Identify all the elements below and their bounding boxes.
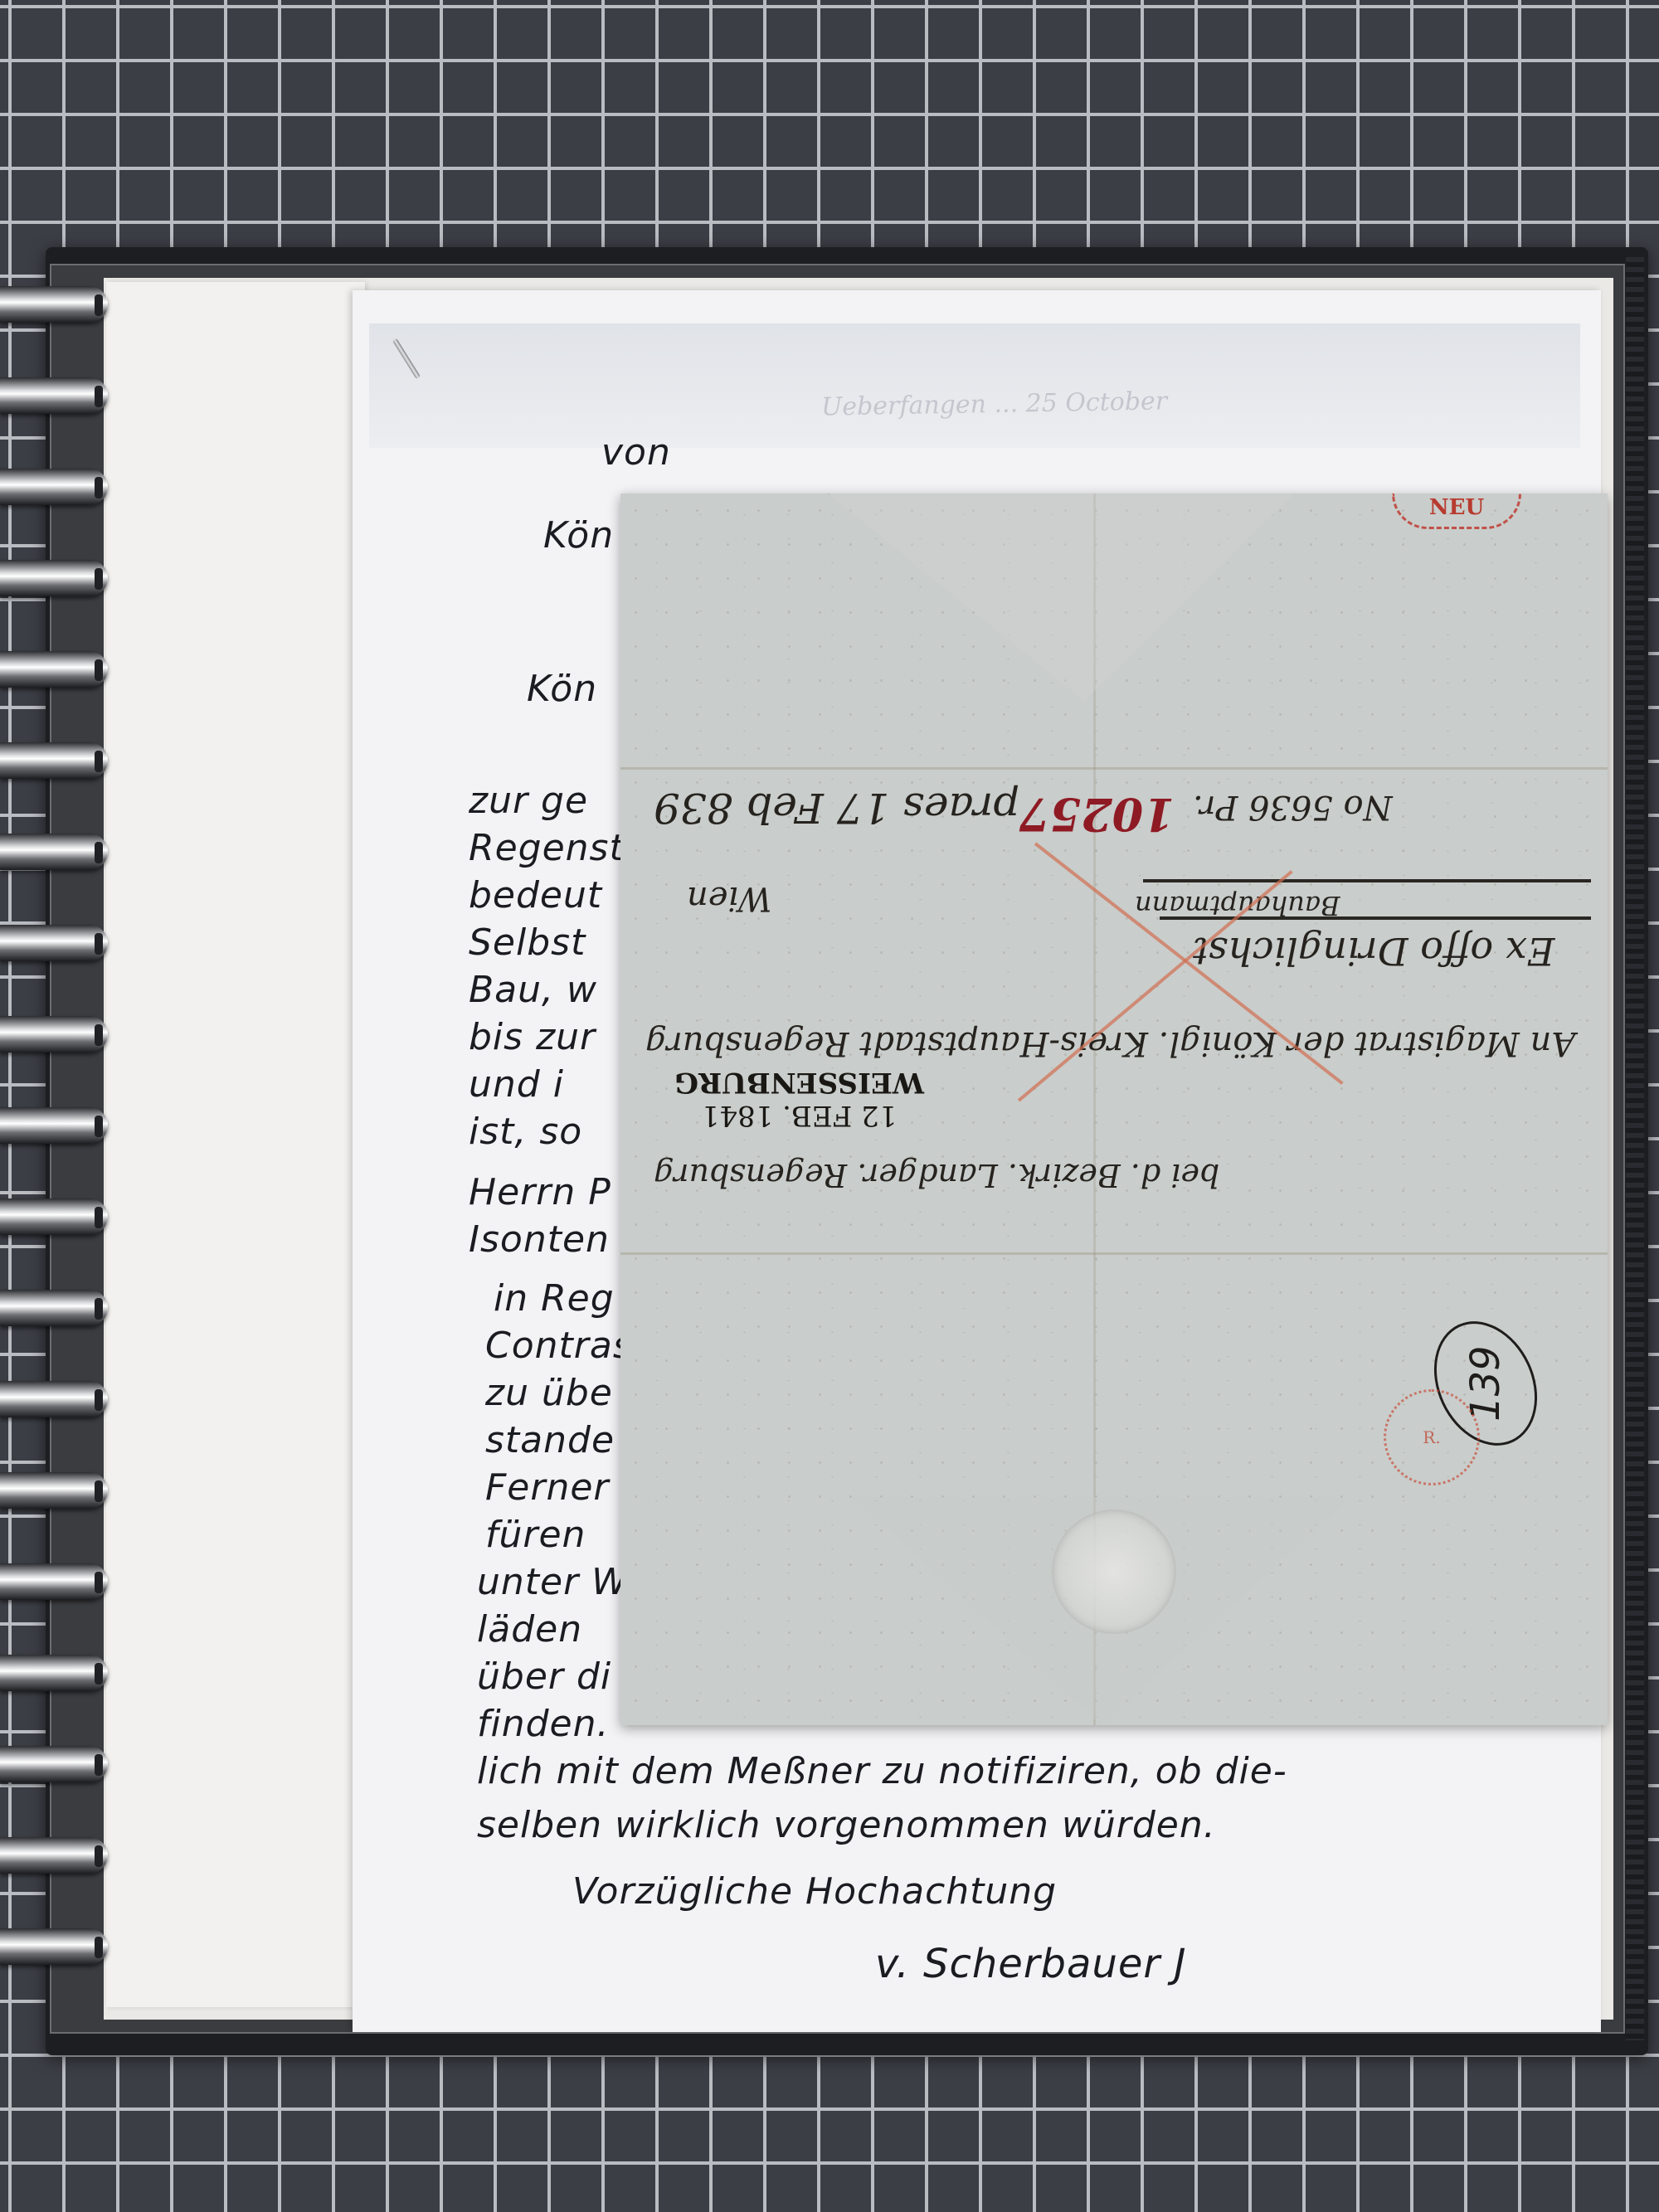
binder-ring	[0, 469, 108, 505]
binder-ring	[0, 1472, 108, 1509]
folded-letter: NEU No 5636 Pr. 10257 praes 17 Feb 839 W…	[620, 493, 1608, 1725]
transcription-line: selben wirklich vorgenommen würden.	[477, 1804, 1216, 1846]
binder-ring	[0, 1928, 108, 1965]
binder-ring	[0, 742, 108, 779]
transcription-line: Selbst	[469, 921, 586, 964]
transcription-line: Bau, w	[469, 969, 597, 1011]
binder-ring	[0, 1746, 108, 1782]
album-page-blank	[106, 282, 365, 2007]
transcription-line: läden	[477, 1608, 582, 1650]
transcription-line: zu übe	[485, 1372, 613, 1414]
letter-address: An Magistrat der Königl. Kreis-Hauptstad…	[645, 1024, 1575, 1062]
letter-flap-top	[828, 493, 1294, 701]
binder-ring	[0, 1655, 108, 1691]
binder-ring	[0, 377, 108, 414]
fold-line	[620, 1252, 1608, 1255]
transcription-line: zur ge	[469, 780, 588, 822]
transcription-line: bis zur	[469, 1016, 596, 1058]
transcription-shadow-band	[369, 323, 1580, 448]
binder-ring	[0, 834, 108, 870]
signature: v. Scherbauer J	[875, 1941, 1187, 1987]
red-registry-number: 10257	[1019, 788, 1175, 841]
transcription-line: bedeut	[469, 874, 602, 916]
binder-ring	[0, 1837, 108, 1874]
transcription-line: füren	[485, 1514, 586, 1556]
postmark-date: 12 FEB. 1841	[674, 1099, 924, 1132]
binder-ring	[0, 1198, 108, 1235]
transcription-line: über di	[477, 1655, 611, 1698]
binder-ring	[0, 1290, 108, 1326]
binder-ring	[0, 1381, 108, 1417]
transcription-line: unter W	[477, 1561, 629, 1603]
transcription-line: Isonten	[469, 1218, 610, 1261]
binder-ring	[0, 651, 108, 688]
binder-ring	[0, 1016, 108, 1053]
red-postmark-bottom: R.	[1384, 1389, 1480, 1485]
transcription-line: Regenst	[469, 827, 625, 869]
wax-seal-impression	[1052, 1510, 1176, 1634]
fold-line	[620, 767, 1608, 770]
strikethrough-line	[1143, 879, 1591, 882]
letter-city: Wien	[687, 879, 772, 917]
transcription-line: in Reg	[494, 1277, 615, 1320]
letter-received-date: praes 17 Feb 839	[654, 784, 1019, 832]
binder-ring	[0, 1107, 108, 1144]
transcription-line: finden.	[477, 1703, 609, 1745]
transcription-line: Kön	[543, 514, 614, 557]
letter-priority-note: Ex offo Dringlichst	[1193, 929, 1554, 974]
binder-ring	[0, 286, 108, 323]
postmark-town: WEISSENBURG	[674, 1066, 924, 1099]
binder-ring	[0, 1563, 108, 1600]
transcription-line: von	[601, 431, 671, 474]
transcription-line: Kön	[527, 668, 597, 710]
red-postmark-top: NEU	[1392, 493, 1521, 529]
transcription-line: stande	[485, 1419, 615, 1461]
letter-reference-number: No 5636 Pr.	[1193, 788, 1393, 826]
binder-ring	[0, 925, 108, 961]
binder-edge	[1626, 257, 1644, 2040]
transcription-line: ist, so	[469, 1111, 582, 1153]
transcription-line: Ferner	[485, 1466, 610, 1509]
transcription-line: und i	[469, 1063, 564, 1106]
transcription-line: lich mit dem Meßner zu notifiziren, ob d…	[477, 1750, 1287, 1792]
transcription-line: Contras	[485, 1325, 633, 1367]
transcription-line: Herrn P	[469, 1171, 611, 1213]
ghost-header-text: Ueberfangen ... 25 October	[821, 386, 1168, 421]
closing-salutation: Vorzügliche Hochachtung	[572, 1870, 1057, 1913]
strikethrough-line	[1160, 916, 1591, 920]
black-postmark: 12 FEB. 1841 WEISSENBURG	[674, 1066, 924, 1132]
binder-ring	[0, 560, 108, 596]
letter-address-secondary: bei d. Bezirk. Landger. Regensburg	[654, 1157, 1219, 1194]
